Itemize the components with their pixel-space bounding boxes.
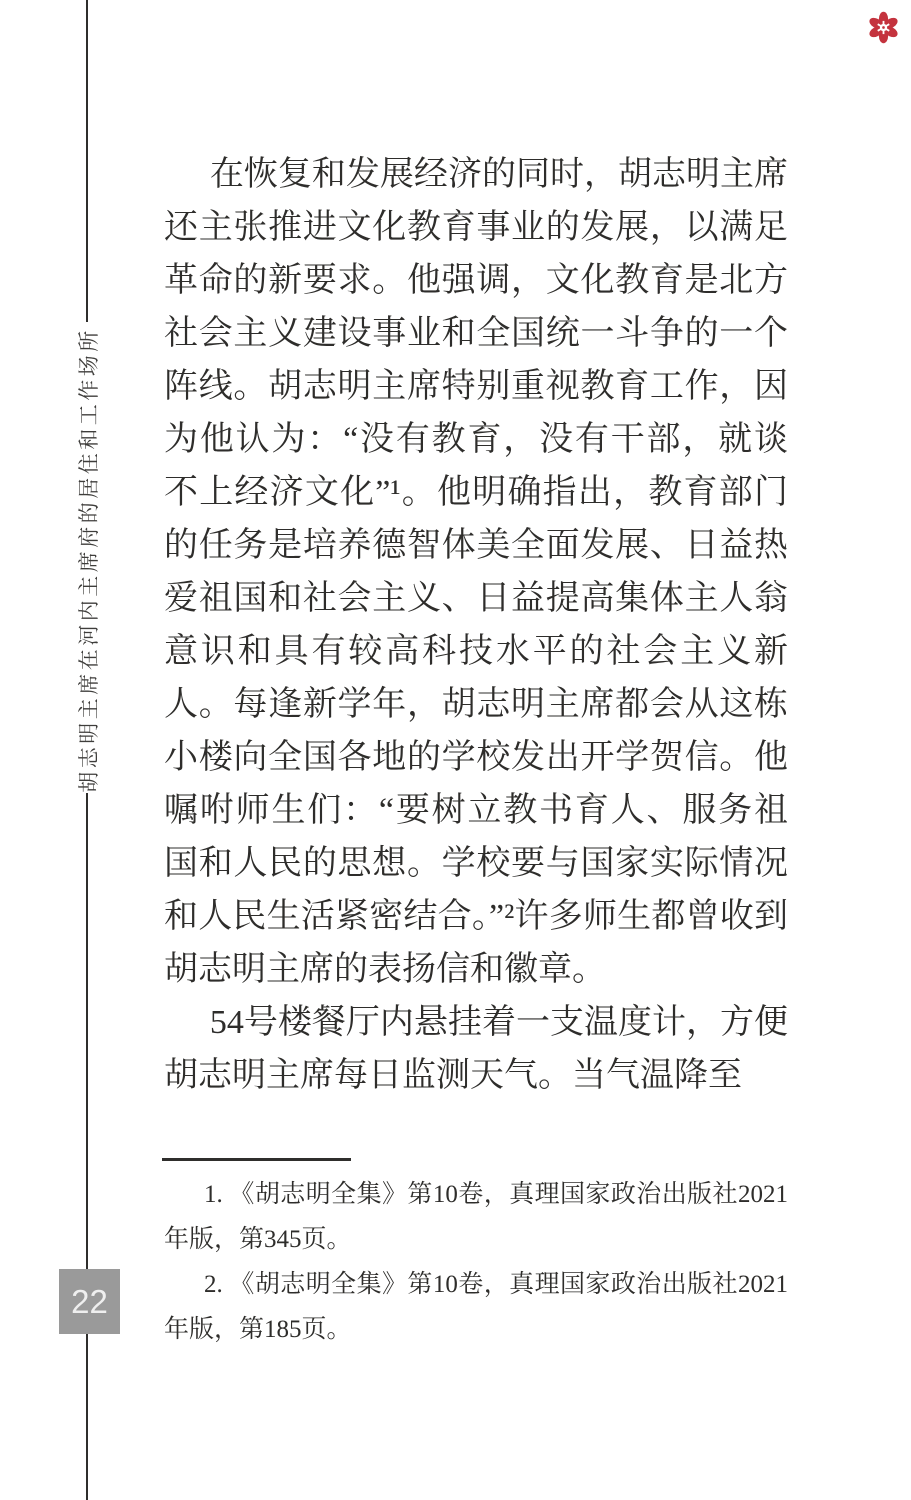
book-page: 胡志明主席在河内主席府的居住和工作场所 22 在恢复和发展经济的同时，胡志明主席…	[0, 0, 911, 1500]
margin-rule-top	[86, 0, 88, 322]
footnote-item: 2. 《胡志明全集》第10卷，真理国家政治出版社2021年版，第185页。	[164, 1262, 788, 1352]
footnote-item: 1. 《胡志明全集》第10卷，真理国家政治出版社2021年版，第345页。	[164, 1172, 788, 1262]
body-paragraph: 54号楼餐厅内悬挂着一支温度计，方便胡志明主席每日监测天气。当气温降至	[164, 996, 788, 1102]
footnote-divider	[162, 1158, 351, 1161]
margin-rule-bottom	[86, 793, 88, 1500]
flower-ornament-icon	[867, 10, 900, 45]
page-number-badge: 22	[59, 1269, 120, 1334]
body-paragraph: 在恢复和发展经济的同时，胡志明主席还主张推进文化教育事业的发展，以满足革命的新要…	[164, 148, 788, 996]
chapter-title-vertical: 胡志明主席在河内主席府的居住和工作场所	[73, 327, 103, 793]
page-number: 22	[71, 1283, 108, 1321]
footnotes: 1. 《胡志明全集》第10卷，真理国家政治出版社2021年版，第345页。 2.…	[164, 1172, 788, 1352]
body-text: 在恢复和发展经济的同时，胡志明主席还主张推进文化教育事业的发展，以满足革命的新要…	[164, 148, 788, 1102]
